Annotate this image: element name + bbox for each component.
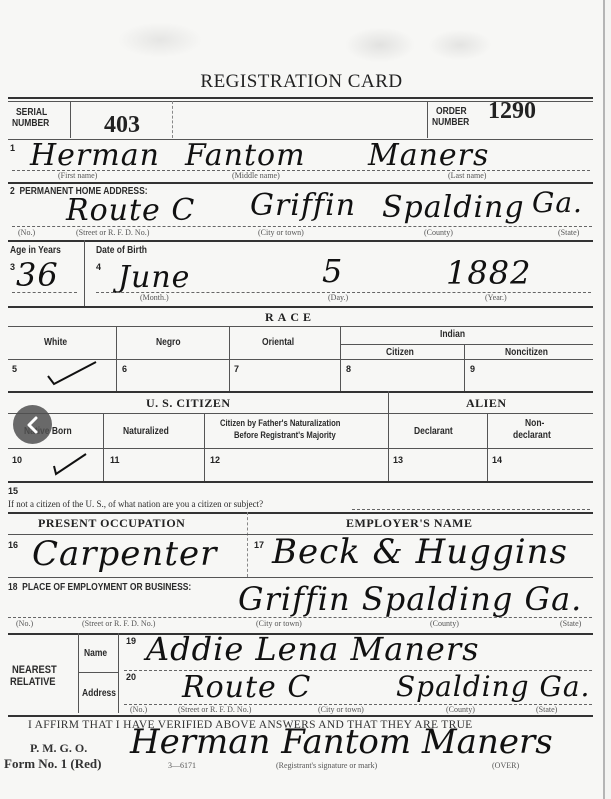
divider xyxy=(118,633,119,713)
serial-number-label-1: SERIAL xyxy=(16,107,47,118)
occupation-value: Carpenter xyxy=(32,534,217,574)
relative-street-value: Route C xyxy=(182,670,311,705)
relative-address-value: Spalding Ga. xyxy=(396,670,590,703)
county-label: (County) xyxy=(430,619,459,628)
dotted-line xyxy=(12,170,590,171)
state-label: (State) xyxy=(558,228,579,237)
divider xyxy=(8,577,593,578)
chevron-left-icon xyxy=(26,416,40,434)
middle-name-label: (Middle name) xyxy=(232,171,280,180)
occupation-header: PRESENT OCCUPATION xyxy=(38,516,185,531)
age-value: 36 xyxy=(16,256,59,294)
county-label: (County) xyxy=(446,705,475,714)
pmgo-label: P. M. G. O. xyxy=(30,741,87,756)
divider xyxy=(388,391,389,481)
divider xyxy=(78,633,79,713)
divider xyxy=(8,448,593,449)
year-label: (Year.) xyxy=(485,293,507,302)
alien-header: ALIEN xyxy=(466,396,507,411)
divider xyxy=(8,391,593,393)
divider xyxy=(8,413,593,414)
non-declarant-label-2: declarant xyxy=(513,430,551,441)
city-label: (City or town) xyxy=(258,228,304,237)
field-number: 6 xyxy=(122,364,127,374)
no-label: (No.) xyxy=(16,619,33,628)
registration-card: REGISTRATION CARD SERIAL NUMBER 403 ORDE… xyxy=(0,0,605,799)
relative-address-label: Address xyxy=(82,688,116,699)
field-number: 1 xyxy=(10,143,15,153)
relative-name-value: Addie Lena Maners xyxy=(146,630,480,668)
field-number: 17 xyxy=(254,540,264,550)
last-name-label: (Last name) xyxy=(448,171,486,180)
divider xyxy=(8,481,593,483)
serial-number-label-2: NUMBER xyxy=(12,118,49,129)
field-number: 15 xyxy=(8,486,18,496)
home-street-value: Route C xyxy=(66,193,195,228)
field-number: 5 xyxy=(12,364,17,374)
birth-date-label: Date of Birth xyxy=(96,245,147,256)
birth-day-value: 5 xyxy=(322,252,343,290)
city-label: (City or town) xyxy=(318,705,364,714)
race-indian-noncitizen-label: Noncitizen xyxy=(505,347,548,358)
city-label: (City or town) xyxy=(256,619,302,628)
serial-number-value: 403 xyxy=(104,112,140,139)
nearest-relative-label-2: RELATIVE xyxy=(10,676,56,688)
divider xyxy=(172,101,173,138)
divider xyxy=(487,413,488,481)
divider xyxy=(464,344,465,391)
dotted-line xyxy=(8,617,592,618)
field-number: 20 xyxy=(126,672,136,682)
nearest-relative-label-1: NEAREST xyxy=(12,664,57,676)
no-label: (No.) xyxy=(18,228,35,237)
form-number-label: Form No. 1 (Red) xyxy=(4,756,101,772)
non-declarant-label-1: Non- xyxy=(525,418,544,429)
relative-name-label: Name xyxy=(84,648,107,659)
last-name-value: Maners xyxy=(368,138,489,173)
divider xyxy=(8,240,593,242)
field-number: 7 xyxy=(234,364,239,374)
field-number: 12 xyxy=(210,455,220,465)
divider xyxy=(84,240,85,306)
dotted-line xyxy=(12,226,592,227)
field-number: 16 xyxy=(8,540,18,550)
divider xyxy=(8,326,593,327)
street-label: (Street or R. F. D. No.) xyxy=(82,619,155,628)
month-label: (Month.) xyxy=(140,293,169,302)
field-number: 11 xyxy=(110,455,120,465)
divider xyxy=(340,344,593,345)
field-number: 10 xyxy=(12,455,22,465)
us-citizen-header: U. S. CITIZEN xyxy=(146,396,231,411)
nation-question: If not a citizen of the U. S., of what n… xyxy=(8,499,263,509)
field-number: 9 xyxy=(470,364,475,374)
field-number: 19 xyxy=(126,636,136,646)
age-label: Age in Years xyxy=(10,245,61,256)
no-label: (No.) xyxy=(130,705,147,714)
naturalized-label: Naturalized xyxy=(123,426,169,437)
employment-place-value: Griffin Spalding Ga. xyxy=(238,580,582,618)
home-city-value: Griffin xyxy=(250,188,356,223)
day-label: (Day.) xyxy=(328,293,348,302)
registrant-signature: Herman Fantom Maners xyxy=(130,722,553,762)
state-label: (State) xyxy=(560,619,581,628)
home-state-value: Ga. xyxy=(532,186,583,219)
first-name-label: (First name) xyxy=(58,171,97,180)
divider xyxy=(204,413,205,481)
street-label: (Street or R. F. D. No.) xyxy=(76,228,149,237)
divider xyxy=(8,182,593,184)
employer-value: Beck & Huggins xyxy=(272,532,568,572)
race-negro-label: Negro xyxy=(156,337,181,348)
race-indian-citizen-label: Citizen xyxy=(386,347,414,358)
checkmark-icon xyxy=(44,360,100,388)
checkmark-icon xyxy=(50,452,90,478)
declarant-label: Declarant xyxy=(414,426,453,437)
home-county-value: Spalding xyxy=(382,190,525,225)
card-title: REGISTRATION CARD xyxy=(0,71,603,93)
divider xyxy=(8,306,593,308)
field-number: 8 xyxy=(346,364,351,374)
employer-header: EMPLOYER'S NAME xyxy=(346,516,473,531)
first-name-value: Herman xyxy=(30,138,160,173)
race-header: RACE xyxy=(265,310,315,325)
back-button[interactable] xyxy=(13,405,52,444)
signature-label: (Registrant's signature or mark) xyxy=(276,761,377,770)
divider xyxy=(8,715,593,717)
divider xyxy=(70,101,71,138)
order-number-label-2: NUMBER xyxy=(432,117,469,128)
street-label: (Street or R. F. D. No.) xyxy=(178,705,251,714)
field-number: 14 xyxy=(492,455,502,465)
middle-name-value: Fantom xyxy=(185,138,306,173)
divider xyxy=(103,413,104,481)
field-number: 4 xyxy=(96,262,101,272)
divider xyxy=(247,512,248,577)
employment-place-label: 18 PLACE OF EMPLOYMENT OR BUSINESS: xyxy=(8,582,191,593)
dotted-line xyxy=(352,509,590,510)
birth-month-value: June xyxy=(118,260,190,295)
divider xyxy=(78,672,118,673)
county-label: (County) xyxy=(424,228,453,237)
race-white-label: White xyxy=(44,337,67,348)
field-number: 13 xyxy=(393,455,403,465)
divider xyxy=(427,101,428,138)
birth-year-value: 1882 xyxy=(446,254,531,292)
dotted-line xyxy=(12,292,77,293)
before-majority-label: Before Registrant's Majority xyxy=(234,430,336,440)
race-oriental-label: Oriental xyxy=(262,337,294,348)
over-label: (OVER) xyxy=(492,761,519,770)
divider xyxy=(8,512,593,514)
print-code: 3—6171 xyxy=(168,761,196,770)
order-number-value: 1290 xyxy=(488,98,536,125)
order-number-label-1: ORDER xyxy=(436,106,467,117)
state-label: (State) xyxy=(536,705,557,714)
citizen-by-father-label: Citizen by Father's Naturalization xyxy=(220,418,340,428)
race-indian-label: Indian xyxy=(440,329,465,340)
field-number: 3 xyxy=(10,262,15,272)
